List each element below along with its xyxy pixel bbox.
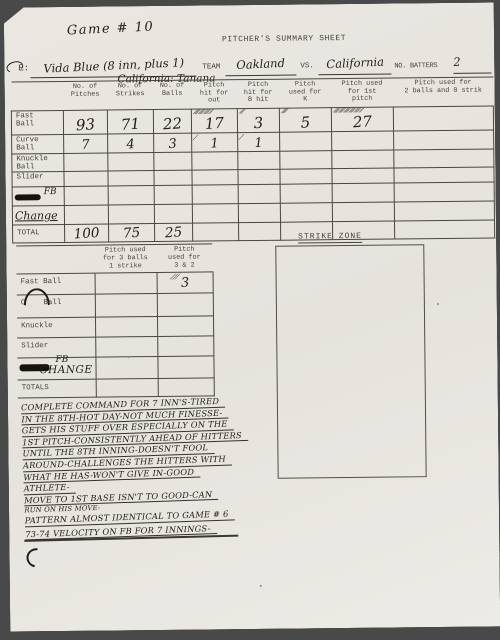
row-label-change-handwritten: Change: [15, 209, 58, 222]
table-row-slider: Slider: [17, 336, 213, 358]
tally-marks: //// //// //// //: [192, 109, 212, 115]
row-label-slider: Slider: [12, 172, 63, 182]
table-row-total: TOTAL 100 75 25: [13, 220, 495, 243]
row-label-knuckle: Knuckle: [17, 318, 95, 331]
table-row-totals: TOTALS: [18, 378, 214, 398]
tally-marks: //// //// //// //// //// //: [332, 108, 363, 114]
game-number-label: Game # 10: [67, 19, 155, 38]
column-header-3and2: Pitch used for 3 & 2: [156, 244, 212, 273]
column-header-first-pitch: Pitch used for 1st pitch: [331, 78, 393, 107]
column-header-2balls-0strikes: Pitch used for 2 balls and 0 strik: [393, 77, 493, 107]
handwritten-value: 71: [107, 114, 153, 135]
ink-scratch-mark: [15, 194, 41, 200]
handwritten-value: 7: [64, 136, 108, 154]
column-header-used-for-k: Pitch used for K: [279, 79, 331, 108]
row-label-change-handwritten: CHANGE: [39, 364, 92, 377]
scout-notes: COMPLETE COMMAND FOR 7 INN'S-TIRED IN TH…: [21, 396, 251, 542]
handwritten-value: 25: [155, 224, 193, 242]
row-label-fastball: Fast Ball: [17, 274, 95, 287]
handwritten-value: 100: [65, 225, 109, 244]
name-field-label: E:: [18, 63, 29, 73]
column-header-blank: [16, 245, 94, 274]
row-label-total: TOTAL: [13, 225, 64, 238]
handwritten-value: 1: [238, 134, 280, 152]
handwritten-value: 3: [154, 135, 192, 152]
team-label: TEAM: [202, 63, 220, 71]
pitch-summary-table: No. of Pitches No. of Strikes No. of Bal…: [11, 76, 496, 243]
row-label-fb-handwritten: FB: [44, 187, 57, 197]
team-value: Oakland: [236, 56, 285, 72]
strike-zone-box: [275, 244, 426, 479]
table-row-curveball: C Ball: [17, 293, 213, 318]
row-label-knuckleball: Knuckle Ball: [12, 154, 63, 172]
team-field: Oakland: [225, 53, 296, 77]
column-header-row: Pitch used for 3 balls 1 strike Pitch us…: [16, 244, 212, 274]
scanned-summary-sheet: Game # 10 PITCHER'S SUMMARY SHEET E: Vid…: [4, 2, 500, 631]
row-label-fastball: Fast Ball: [12, 111, 63, 129]
handwritten-value: 3: [157, 274, 213, 292]
column-header-blank: [11, 81, 63, 110]
column-header-strikes: No. of Strikes: [107, 81, 153, 110]
handwritten-value: 93: [63, 114, 107, 135]
column-header-3balls-1strike: Pitch used for 3 balls 1 strike: [94, 244, 156, 273]
handwritten-value: 1: [192, 135, 238, 153]
row-label-curveball: Curve Ball: [12, 135, 63, 153]
batters-field: 2: [453, 50, 491, 73]
table-row-knuckle: Knuckle: [17, 316, 213, 338]
tally-marks: ////: [280, 108, 287, 114]
batters-label: NO. BATTERS: [394, 62, 437, 70]
handwritten-value: 3: [237, 112, 279, 133]
handwritten-value: 75: [109, 224, 155, 243]
row-label-slider: Slider: [17, 338, 95, 351]
handwritten-value: 5: [279, 112, 331, 133]
table-row-fb-change: FB CHANGE: [17, 356, 213, 380]
paper-speck: [127, 356, 129, 358]
handwritten-value: 22: [153, 113, 191, 133]
count-situation-table: Pitch used for 3 balls 1 strike Pitch us…: [16, 243, 214, 398]
paper-speck: [260, 585, 262, 587]
column-header-hit-for-out: Pitch hit for out: [191, 80, 237, 109]
column-header-hit-for-bhit: Pitch hit for B hit: [237, 79, 279, 108]
vs-label: VS.: [300, 62, 314, 70]
batters-value: 2: [453, 55, 461, 69]
row-label-totals: TOTALS: [18, 380, 96, 393]
column-header-pitches: No. of Pitches: [63, 81, 107, 110]
sheet-title: PITCHER'S SUMMARY SHEET: [164, 33, 404, 45]
handwritten-value: 4: [108, 136, 154, 154]
handwritten-value: 17: [191, 113, 237, 134]
pen-c-mark: [23, 545, 50, 572]
strike-zone-title: STRIKE ZONE: [298, 232, 362, 244]
paper-speck: [437, 303, 439, 305]
column-header-balls: No. of Balls: [153, 80, 191, 109]
opponent-value: California: [326, 55, 384, 72]
opponent-field: California: [318, 52, 391, 76]
table-row-fastball: Fast Ball /// 3: [17, 272, 213, 295]
